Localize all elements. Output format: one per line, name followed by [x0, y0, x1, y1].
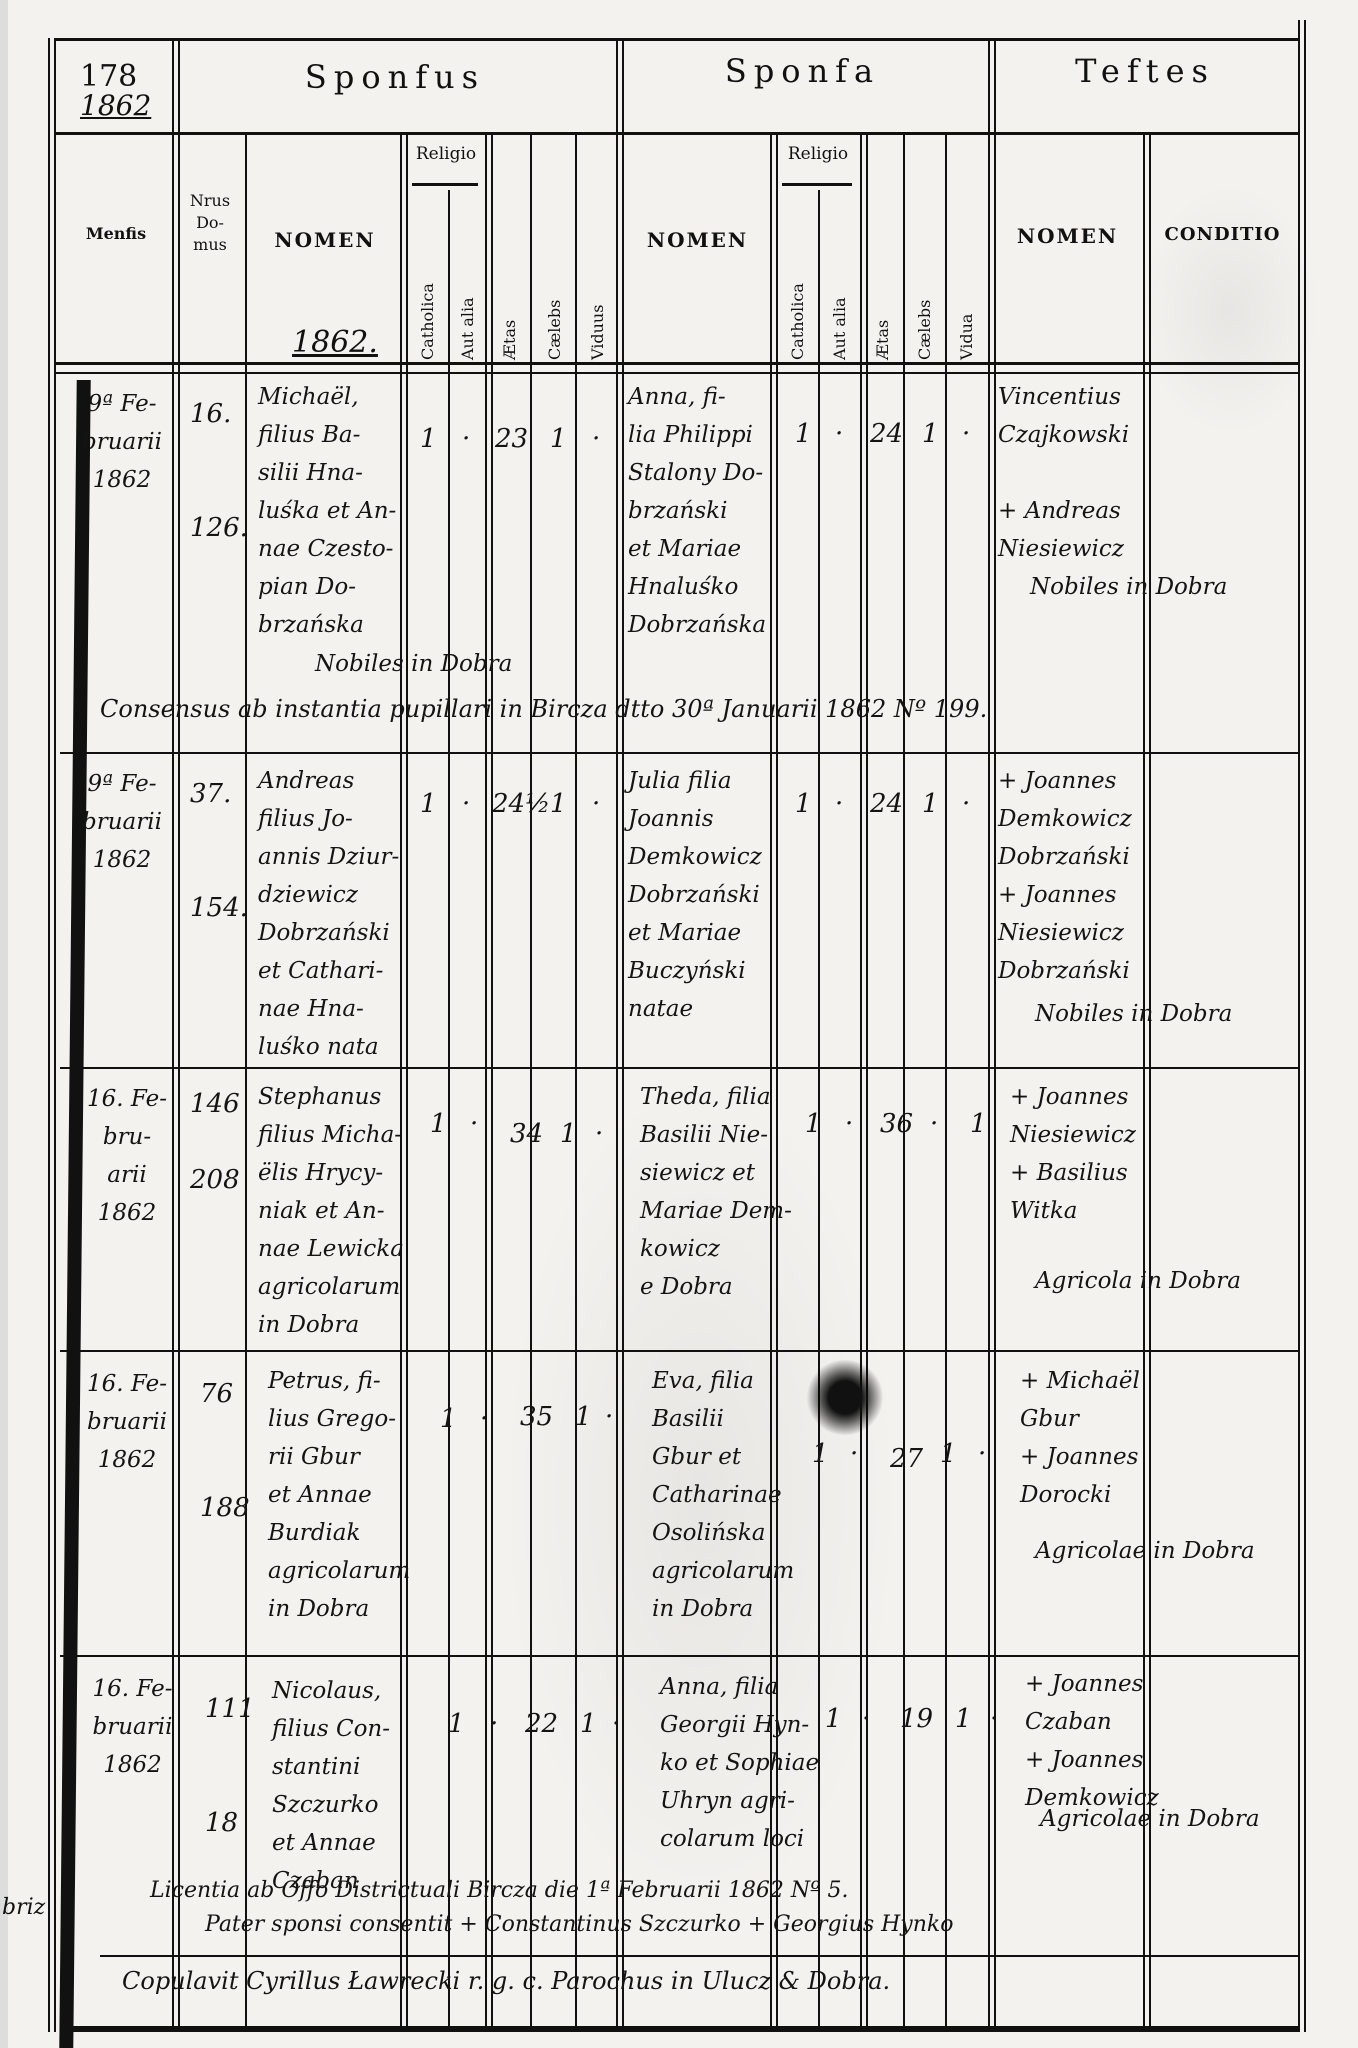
- entry-3-groom-catholica: 1: [430, 1105, 447, 1143]
- entry-1-witnesses: Vincentius Czajkowski + Andreas Niesiewi…: [998, 378, 1129, 568]
- entry-4-bride-vidua: ·: [978, 1435, 986, 1473]
- sponsus-viduus-heading: Viduus: [588, 290, 607, 360]
- entry-2-bride-aut-alia: ·: [835, 785, 843, 823]
- entry-2-bride-vidua: ·: [962, 785, 970, 823]
- conditio-heading: CONDITIO: [1150, 224, 1295, 245]
- entry-3-groom-viduus: ·: [595, 1115, 603, 1153]
- header-bottom-rule-2: [55, 372, 1300, 374]
- entry-1-bride-aut-alia: ·: [835, 415, 843, 453]
- entry-4-groom-aetas: 35: [520, 1398, 553, 1436]
- entry-1-house: 16. 126.: [190, 395, 248, 547]
- entry-1-groom-aetas: 23: [495, 420, 528, 458]
- entry-5-witness-condition: Agricolae in Dobra: [1040, 1800, 1260, 1838]
- entry-4-witness-condition: Agricolae in Dobra: [1035, 1532, 1255, 1570]
- entry-5-consent-note: Pater sponsi consentit + Constantinus Sz…: [205, 1906, 953, 1944]
- entry-1-groom-caelebs: 1: [550, 420, 567, 458]
- entry-4-groom-caelebs: 1: [575, 1398, 592, 1436]
- entry-1-date: 9ª Fe- bruarii 1862: [72, 385, 172, 499]
- register-page: 178 1862 Sponfus Sponfa Teftes Menfis Nr…: [0, 0, 1358, 2048]
- testes-heading: Teftes: [995, 52, 1295, 90]
- entry-3-bride-caelebs: ·: [930, 1105, 938, 1143]
- sponsus-religio-heading: Religio: [408, 144, 484, 164]
- col-border-caelebs: [575, 134, 577, 2032]
- entry-3-bride-vidua: 1: [970, 1105, 987, 1143]
- entry-2-groom: Andreas filius Jo- annis Dziur- dziewicz…: [258, 762, 399, 1066]
- entry-2-date: 9ª Fe- bruarii 1862: [72, 765, 172, 879]
- sponsa-aetas-heading: Ætas: [873, 305, 892, 360]
- entry-4-groom-catholica: 1: [440, 1400, 457, 1438]
- sponsus-aut-alia-heading: Aut alia: [458, 285, 477, 360]
- col-border-sponsa-aetas: [903, 134, 905, 2032]
- entry-5-groom-caelebs: 1: [580, 1705, 597, 1743]
- page-number-block: 178 1862: [60, 62, 192, 120]
- entry-1-groom-catholica: 1: [420, 420, 437, 458]
- col-border-sponsa-caelebs: [945, 134, 947, 2032]
- ink-blot: [805, 1360, 885, 1435]
- sponsus-aetas-heading: Ætas: [500, 305, 519, 360]
- col-border-right: [1298, 20, 1300, 2032]
- entry-4-bride: Eva, filia Basilii Gbur et Catharinae Os…: [652, 1362, 794, 1628]
- entry-5-bride-aetas: 19: [900, 1700, 933, 1738]
- entry-4-bride-catholica: 1: [812, 1435, 829, 1473]
- nrus-domus-heading: Nrus Do- mus: [180, 190, 240, 256]
- entry-5-date: 16. Fe- bruarii 1862: [90, 1670, 175, 1784]
- entry-2-groom-aut-alia: ·: [462, 785, 470, 823]
- entry-3-bride-aetas: 36: [880, 1105, 913, 1143]
- entry-2-house: 37. 154.: [190, 775, 248, 927]
- entry-2-witnesses: + Joannes Demkowicz Dobrzański + Joannes…: [998, 762, 1132, 990]
- entry-3-groom-aetas: 34: [510, 1115, 543, 1153]
- entry-2-groom-caelebs: 1: [550, 785, 567, 823]
- entry-2-groom-catholica: 1: [420, 785, 437, 823]
- entry-1-witness-condition: Nobiles in Dobra: [1030, 568, 1227, 606]
- entry-4-groom-aut-alia: ·: [480, 1400, 488, 1438]
- entry-2-bride-aetas: 24: [870, 785, 903, 823]
- religio-rule: [412, 183, 478, 186]
- entry-3-house: 146 208: [190, 1085, 240, 1199]
- entry-1-bride-caelebs: 1: [922, 415, 939, 453]
- entry-4-bride-caelebs: 1: [940, 1435, 957, 1473]
- religio-rule: [782, 183, 852, 186]
- entry-5-groom-aetas: 22: [525, 1705, 558, 1743]
- entry-1-groom-condition: Nobiles in Dobra: [315, 645, 512, 683]
- sponsa-catholica-heading: Catholica: [788, 270, 807, 360]
- domus-label-2: mus: [180, 234, 240, 256]
- entry-3-date: 16. Fe- bru- arii 1862: [82, 1080, 172, 1232]
- sponsa-heading: Sponfa: [625, 52, 980, 90]
- entry-4-house: 76 188: [200, 1375, 250, 1527]
- entry-3-bride-aut-alia: ·: [845, 1105, 853, 1143]
- testes-nomen-heading: NOMEN: [995, 224, 1140, 248]
- sponsus-catholica-heading: Catholica: [418, 270, 437, 360]
- year-under-nomen: 1862.: [280, 325, 390, 360]
- sponsa-aut-alia-heading: Aut alia: [830, 285, 849, 360]
- entry-5-bride: Anna, filia Georgii Hyn- ko et Sophiae U…: [660, 1668, 819, 1858]
- entry-4-date: 16. Fe- bruarii 1862: [82, 1365, 172, 1479]
- entry-5-bride-caelebs: 1: [955, 1700, 972, 1738]
- entry-4-witnesses: + Michaël Gbur + Joannes Dorocki: [1020, 1362, 1140, 1514]
- col-border-religio: [485, 134, 487, 2032]
- entry-2-groom-aetas: 24½: [492, 785, 550, 823]
- header-bottom-rule: [55, 362, 1300, 365]
- col-border-aetas: [530, 134, 532, 2032]
- entry-5-groom-viduus: ·: [612, 1705, 620, 1743]
- entry-2-bride-catholica: 1: [795, 785, 812, 823]
- col-border-sponsa-religio: [860, 134, 862, 2032]
- entry-3-groom-caelebs: 1: [560, 1115, 577, 1153]
- header-divider: [55, 132, 1300, 135]
- entry-3-groom: Stephanus filius Micha- ëlis Hrycy- niak…: [258, 1078, 404, 1344]
- entry-3-groom-aut-alia: ·: [470, 1105, 478, 1143]
- binding-edge: [0, 0, 8, 2048]
- entry-2-witness-condition: Nobiles in Dobra: [1035, 995, 1232, 1033]
- entry-2-bride-caelebs: 1: [922, 785, 939, 823]
- entry-5-note: Licentia ab Offo Districtuali Bircza die…: [150, 1872, 849, 1910]
- entry-1-note: Consensus ab instantia pupillari in Birc…: [100, 690, 987, 728]
- entry-1-groom: Michaël, filius Ba- silii Hna- luśka et …: [258, 378, 396, 644]
- entry-5-groom-aut-alia: ·: [490, 1705, 498, 1743]
- entry-3-bride-catholica: 1: [805, 1105, 822, 1143]
- entry-3-bride: Theda, filia Basilii Nie- siewicz et Mar…: [640, 1078, 792, 1306]
- page-year: 1862: [80, 92, 192, 120]
- mensis-heading: Menfis: [60, 224, 172, 243]
- domus-label-1: Do-: [180, 212, 240, 234]
- sponsa-nomen-heading: NOMEN: [625, 228, 770, 252]
- nrus-label: Nrus: [180, 190, 240, 212]
- entry-1-bride: Anna, fi- lia Philippi Stalony Do- brzań…: [628, 378, 766, 644]
- officiant-line: Copulavit Cyrillus Ławrecki r. g. c. Par…: [122, 1962, 890, 2000]
- entry-1-groom-viduus: ·: [592, 420, 600, 458]
- entry-1-groom-aut-alia: ·: [462, 420, 470, 458]
- page-number: 178: [80, 62, 192, 92]
- col-border-left: [48, 38, 50, 2032]
- entry-5-bride-vidua: ·: [990, 1700, 998, 1738]
- entry-4-bride-aut-alia: ·: [850, 1435, 858, 1473]
- entry-1-bride-vidua: ·: [962, 415, 970, 453]
- entry-2-bride: Julia filia Joannis Demkowicz Dobrzański…: [628, 762, 762, 1028]
- entry-5-bride-aut-alia: ·: [862, 1700, 870, 1738]
- entry-5-groom-catholica: 1: [448, 1705, 465, 1743]
- entry-3-witness-condition: Agricola in Dobra: [1035, 1262, 1241, 1300]
- entry-5-witnesses: + Joannes Czaban + Joannes Demkowicz: [1025, 1665, 1159, 1817]
- sponsus-nomen-heading: NOMEN: [250, 228, 400, 252]
- col-border-catholica: [448, 190, 450, 2032]
- entry-5-bride-catholica: 1: [825, 1700, 842, 1738]
- entry-4-bride-aetas: 27: [890, 1440, 923, 1478]
- entry-5-house: 111 18: [205, 1690, 255, 1842]
- entry-5-groom: Nicolaus, filius Con- stantini Szczurko …: [272, 1672, 390, 1900]
- sponsus-caelebs-heading: Cælebs: [545, 290, 564, 360]
- left-margin-note: briz: [2, 1895, 45, 1920]
- entry-1-bride-aetas: 24: [870, 415, 903, 453]
- row-separator: [100, 1955, 1300, 1957]
- entry-4-groom-viduus: ·: [605, 1398, 613, 1436]
- sponsa-vidua-heading: Vidua: [957, 300, 976, 360]
- sponsus-heading: Sponfus: [180, 58, 610, 96]
- entry-4-groom: Petrus, fi- lius Grego- rii Gbur et Anna…: [268, 1362, 410, 1628]
- entry-2-groom-viduus: ·: [592, 785, 600, 823]
- top-border: [55, 38, 1300, 41]
- entry-3-witnesses: + Joannes Niesiewicz + Basilius Witka: [1010, 1078, 1136, 1230]
- entry-1-bride-catholica: 1: [795, 415, 812, 453]
- sponsa-caelebs-heading: Cælebs: [915, 290, 934, 360]
- sponsa-religio-heading: Religio: [778, 144, 858, 164]
